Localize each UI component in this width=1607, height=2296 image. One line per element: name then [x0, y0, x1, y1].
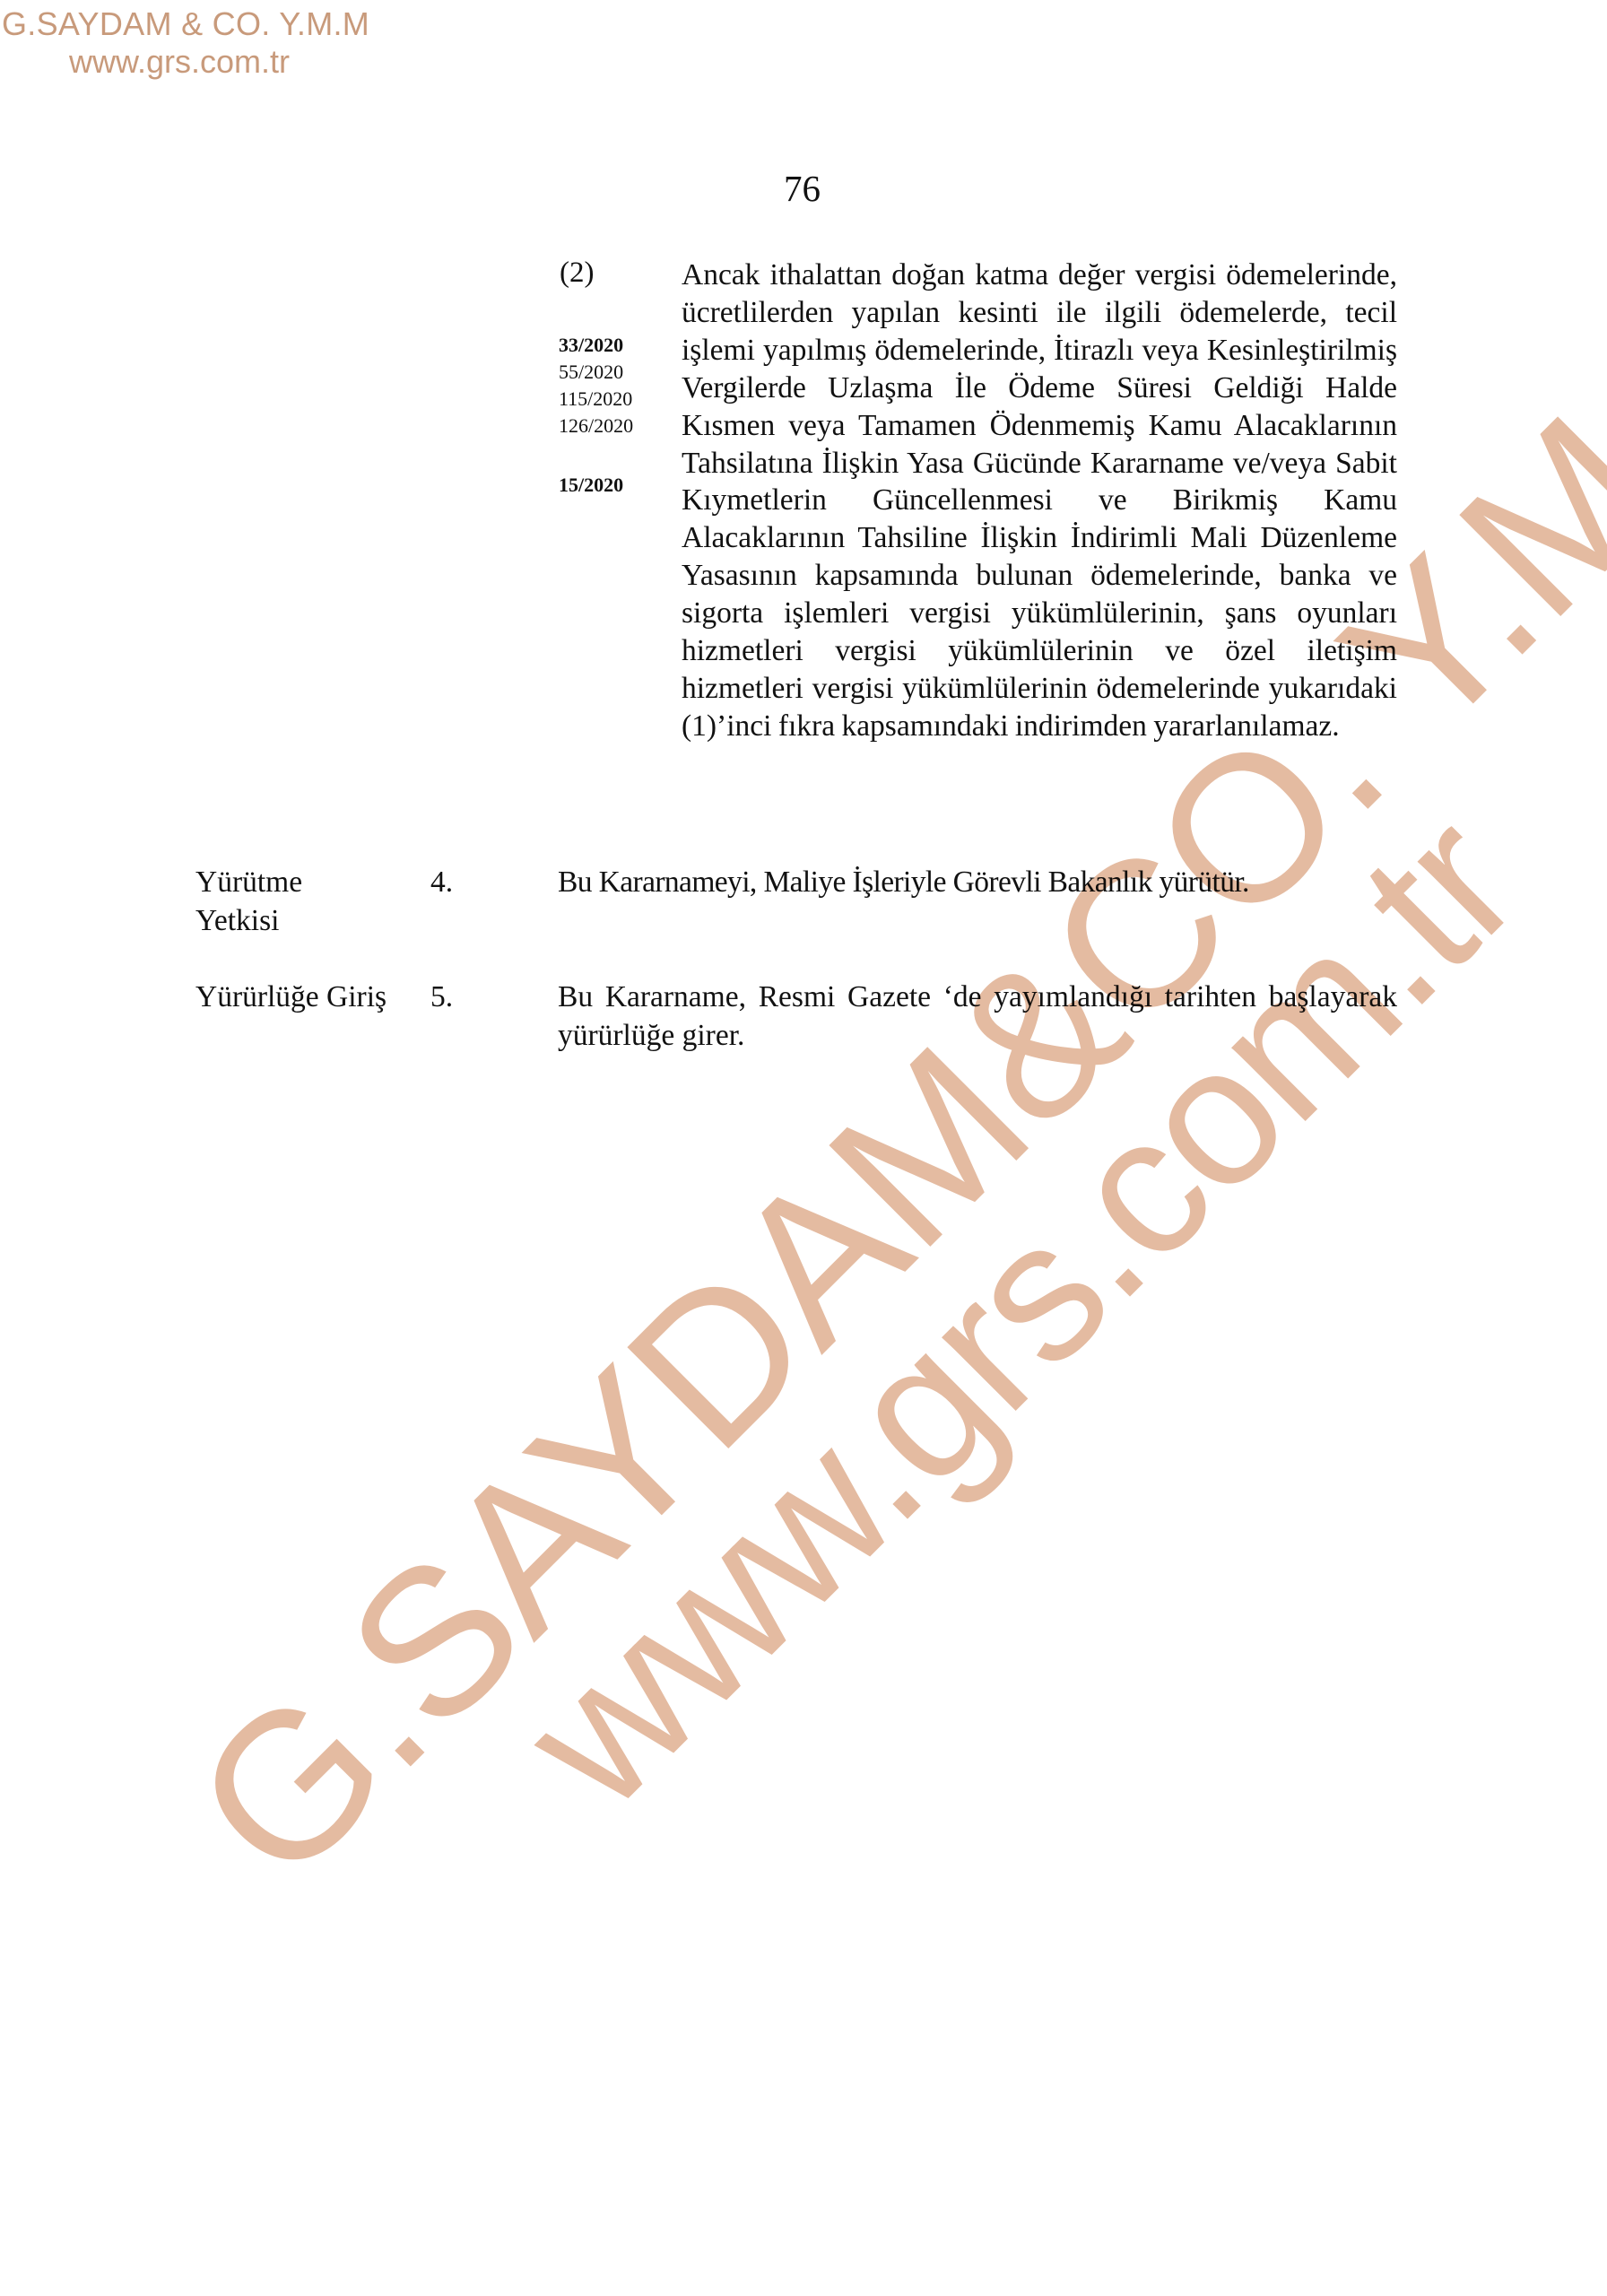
- article-heading-line: Yetkisi: [195, 901, 302, 940]
- page-number: 76: [784, 167, 821, 210]
- margin-note: 115/2020: [559, 386, 633, 413]
- article-heading-entry-into-force: Yürürlüğe Giriş: [195, 978, 387, 1016]
- article-text: Bu Kararname, Resmi Gazete ‘de yayımland…: [558, 978, 1397, 1055]
- article-text: Bu Kararnameyi, Maliye İşleriyle Görevli…: [558, 863, 1397, 901]
- article-number: 5.: [430, 978, 453, 1016]
- article-heading-line: Yürütme: [195, 863, 302, 901]
- paragraph-text: Ancak ithalattan doğan katma değer vergi…: [682, 257, 1397, 745]
- article-heading-execution: Yürütme Yetkisi: [195, 863, 302, 940]
- margin-note: 33/2020: [559, 332, 633, 359]
- margin-note: 15/2020: [559, 472, 623, 499]
- article-number: 4.: [430, 863, 453, 901]
- header-watermark-company: G.SAYDAM & CO. Y.M.M: [2, 5, 369, 43]
- margin-notes-group-1: 33/2020 55/2020 115/2020 126/2020: [559, 332, 633, 439]
- margin-note: 55/2020: [559, 359, 633, 386]
- margin-note: 126/2020: [559, 413, 633, 439]
- header-watermark-website: www.grs.com.tr: [69, 43, 290, 81]
- document-page: G.SAYDAM & CO. Y.M.M www.grs.com.tr 76 (…: [0, 0, 1607, 2296]
- article-heading-line: Yürürlüğe Giriş: [195, 978, 387, 1016]
- margin-notes-group-2: 15/2020: [559, 472, 623, 499]
- paragraph-number: (2): [560, 257, 594, 290]
- watermark-website-text: www.grs.com.tr: [480, 772, 1558, 1850]
